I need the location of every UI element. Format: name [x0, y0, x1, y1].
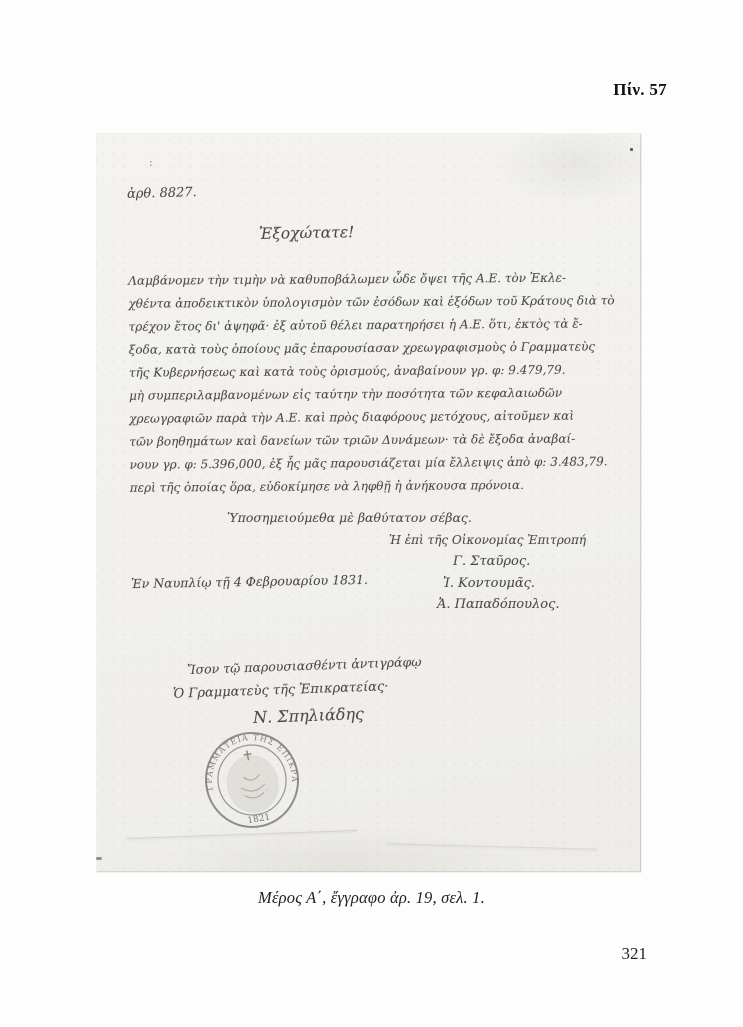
- signature: Ἀ. Παπαδόπουλος.: [437, 597, 560, 612]
- reference-number: ἀρθ. 8827.: [127, 185, 197, 202]
- attestation-line: Ἴσον τῷ παρουσιασθέντι ἀντιγράφῳ: [187, 654, 422, 677]
- body-line: χθέντα ἀποδεικτικὸν ὑπολογισμὸν τῶν ἐσόδ…: [128, 289, 624, 315]
- attestation-signature: Ν. Σπηλιάδης: [253, 704, 365, 727]
- committee-name: Ἡ ἐπὶ τῆς Οἰκονομίας Ἐπιτροπή: [389, 533, 586, 547]
- letter-body: Λαμβάνομεν τὴν τιμὴν νὰ καθυποβάλωμεν ὧδ…: [128, 266, 626, 499]
- body-line: νουν γρ. φ: 5.396,000, ἐξ ἧς μᾶς παρουσι…: [129, 450, 625, 476]
- book-page: Πίν. 57 : ἀρθ. 8827. Ἐξοχώτατε! Λαμβάνομ…: [0, 0, 743, 1027]
- scanned-letter: : ἀρθ. 8827. Ἐξοχώτατε! Λαμβάνομεν τὴν τ…: [97, 134, 641, 872]
- body-line: τρέχον ἔτος δι' ἀψηφᾶ· ἐξ αὐτοῦ θέλει πα…: [129, 312, 625, 338]
- attestation-line: Ὁ Γραμματεὺς τῆς Ἐπικρατείας·: [173, 679, 389, 702]
- body-line: τῶν βοηθημάτων καὶ δανείων τῶν τριῶν Δυν…: [129, 427, 625, 453]
- state-seal-stamp: ΓΡΑΜΜΑΤΕΙΑ ΤΗΣ ΕΠΙΚΡΑΤΕΙΑΣ 1821: [195, 723, 309, 837]
- page-number: 321: [622, 944, 648, 964]
- ink-speck: [630, 148, 633, 151]
- body-line: ξοδα, κατὰ τοὺς ὁποίους μᾶς ἐπαρουσίασαν…: [129, 335, 625, 361]
- plate-label: Πίν. 57: [613, 80, 667, 100]
- dateline: Ἐν Ναυπλίῳ τῇ 4 Φεβρουαρίου 1831.: [131, 572, 368, 591]
- ink-speck: [96, 857, 102, 860]
- stray-marks: :: [149, 156, 153, 169]
- body-line: χρεωγραφιῶν παρὰ τὴν Α.Ε. καὶ πρὸς διαφό…: [129, 404, 625, 430]
- body-line: περὶ τῆς ὁποίας ὅρα, εὐδοκίμησε νὰ ληφθῇ…: [130, 473, 626, 499]
- salutation: Ἐξοχώτατε!: [259, 223, 355, 243]
- body-line: Λαμβάνομεν τὴν τιμὴν νὰ καθυποβάλωμεν ὧδ…: [128, 266, 624, 292]
- body-line: μὴ συμπεριλαμβανομένων εἰς ταύτην τὴν πο…: [129, 381, 625, 407]
- body-line: τῆς Κυβερνήσεως καὶ κατὰ τοὺς ὁρισμούς, …: [129, 358, 625, 384]
- plate-caption: Μέρος Α΄, ἔγγραφο ἀρ. 19, σελ. 1.: [0, 888, 743, 908]
- signature: Γ. Σταῦρος.: [453, 554, 530, 569]
- closing-formula: Ὑποσημειούμεθα μὲ βαθύτατον σέβας.: [227, 510, 472, 525]
- signature: Ἰ. Κοντουμᾶς.: [443, 576, 535, 591]
- paper-crease: [387, 843, 597, 849]
